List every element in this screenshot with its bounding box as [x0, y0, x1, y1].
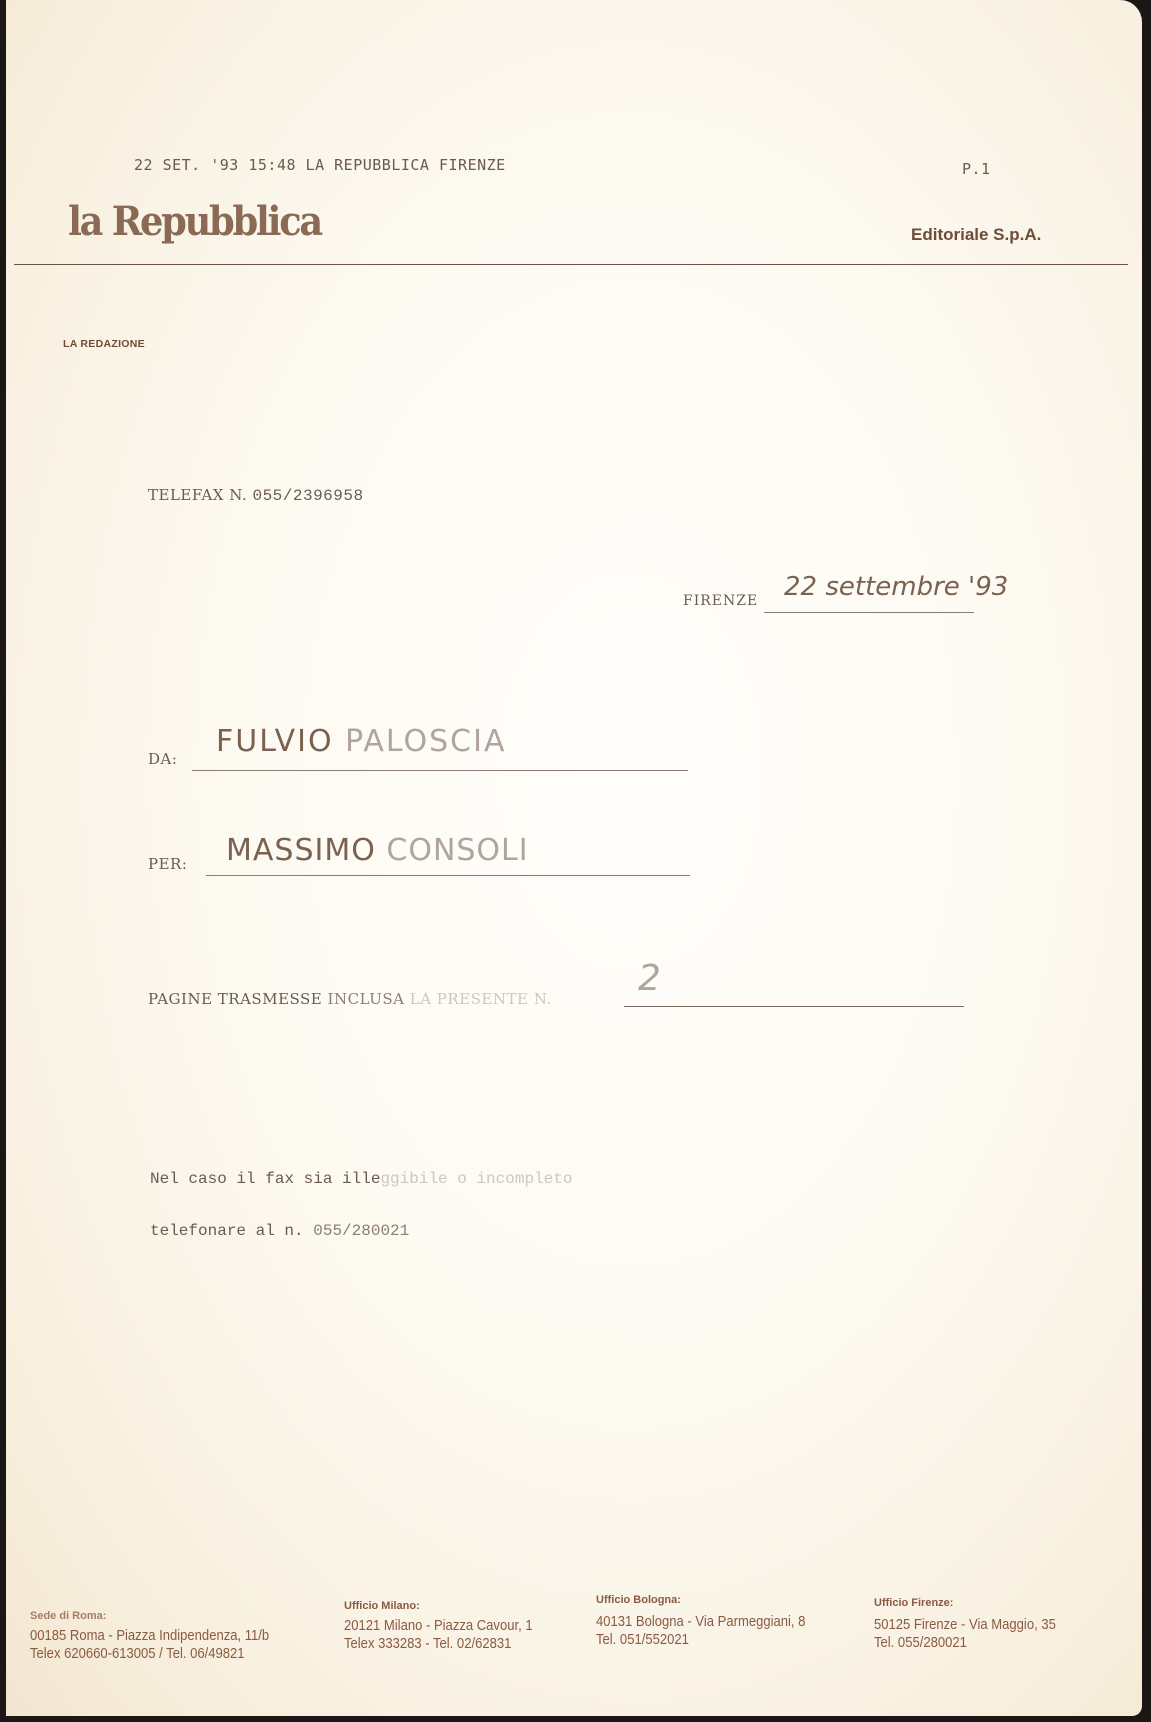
la-repubblica-logo: la Repubblica	[68, 198, 321, 245]
notice-line-1: Nel caso il fax sia illeggibile o incomp…	[150, 1170, 572, 1188]
from-first-name: FULVIO	[216, 724, 334, 759]
from-label: DA:	[148, 750, 177, 768]
from-last-name: PALOSCIA	[345, 724, 506, 759]
office-firenze: Ufficio Firenze: 50125 Firenze - Via Mag…	[874, 1597, 1076, 1651]
telefax-row: TELEFAX N. 055/2396958	[148, 486, 364, 505]
to-first-name: MASSIMO	[226, 833, 376, 868]
office-bologna: Ufficio Bologna: 40131 Bologna - Via Par…	[596, 1594, 829, 1648]
fax-page-number: P.1	[962, 160, 991, 178]
office-roma: Sede di Roma: 00185 Roma - Piazza Indipe…	[30, 1610, 296, 1662]
telefax-label: TELEFAX N.	[148, 486, 247, 504]
to-field-line	[206, 875, 690, 876]
pages-field-line	[624, 1006, 964, 1007]
letterhead-divider	[14, 264, 1128, 265]
notice-line-2: telefonare al n. 055/280021	[150, 1222, 409, 1240]
pages-value: 2	[638, 958, 661, 999]
from-field-line	[192, 770, 688, 771]
to-label: PER:	[148, 855, 187, 873]
pages-label: PAGINE TRASMESSE INCLUSA LA PRESENTE N.	[148, 990, 552, 1008]
to-last-name: CONSOLI	[386, 833, 528, 868]
department-label: LA REDAZIONE	[63, 338, 145, 350]
office-milano: Ufficio Milano: 20121 Milano - Piazza Ca…	[344, 1600, 554, 1652]
company-name: Editoriale S.p.A.	[911, 225, 1041, 245]
telefax-number: 055/2396958	[252, 487, 363, 505]
fax-transmission-line: 22 SET. '93 15:48 LA REPUBBLICA FIRENZE	[134, 156, 506, 174]
date-handwritten: 22 settembre '93	[784, 572, 1008, 602]
date-field-line	[764, 612, 974, 613]
to-value: MASSIMO CONSOLI	[226, 833, 529, 868]
from-value: FULVIO PALOSCIA	[216, 724, 506, 759]
place-label: FIRENZE	[683, 593, 758, 609]
fax-cover-sheet: 22 SET. '93 15:48 LA REPUBBLICA FIRENZE …	[6, 0, 1142, 1716]
